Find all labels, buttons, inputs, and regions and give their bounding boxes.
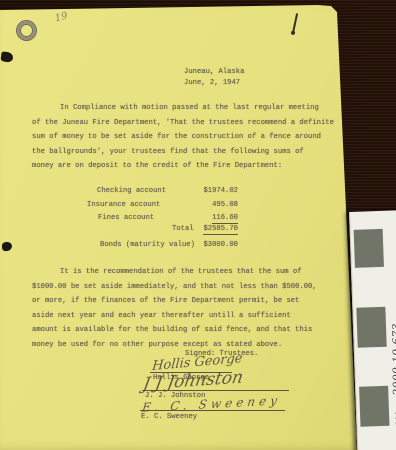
total-label: Total (172, 225, 194, 234)
typed-line: aside next year and each year thereafter… (32, 312, 291, 321)
photo-scale-bar: 1" JDCM 2009.19.673 (349, 210, 396, 450)
typed-line: It is the recommendation of the trustees… (60, 268, 302, 277)
accession-number-handwritten: 2009.19.673 (391, 323, 396, 395)
typed-line: In Compliance with motion passed at the … (60, 104, 319, 113)
pencil-note: 19 (54, 11, 69, 25)
date-line: June, 2, 1947 (184, 79, 240, 88)
typed-line: money are on deposit to the credit of th… (32, 162, 282, 171)
account-label: Insurance account (87, 201, 160, 210)
typed-line: of the Juneau Fire Department, 'That the… (32, 119, 334, 128)
scale-square (354, 229, 384, 268)
scale-square (356, 307, 386, 348)
bonds-value: $3000.00 (203, 241, 238, 249)
account-label: Checking account (97, 187, 166, 196)
signature-line (140, 410, 285, 411)
binding-mark-middle (2, 242, 13, 252)
typed-line: amount is available for the building of … (32, 326, 312, 335)
document-content: 19 Juneau, Alaska June, 2, 1947 In Compl… (0, 0, 396, 450)
bonds-label: Bonds (maturity value) (100, 241, 195, 250)
typed-line: $1000.00 be set aside immediately, and t… (32, 283, 317, 292)
binding-mark-top (0, 51, 13, 63)
place-line: Juneau, Alaska (184, 68, 244, 77)
signature-typed-name: E. C. Sweeney (141, 413, 197, 422)
pen-mark (292, 13, 298, 34)
account-value-underlined: 116.60 (212, 214, 238, 224)
scanned-document-photo: 19 Juneau, Alaska June, 2, 1947 In Compl… (0, 0, 396, 450)
typed-line: or more, if the finances of the Fire Dep… (32, 297, 299, 306)
typed-line: sum of money to be set aside for the con… (32, 133, 321, 142)
account-value: 495.08 (212, 201, 238, 209)
typed-line: money be used for no other purpose excep… (32, 341, 282, 350)
scale-square (359, 386, 389, 427)
typed-line: the ballgrounds', your trustees find tha… (32, 148, 304, 157)
hole-punch (17, 21, 36, 40)
account-value: $1974.02 (203, 187, 238, 195)
account-label: Fines account (98, 214, 154, 223)
total-value: $2585.70 (203, 225, 238, 235)
